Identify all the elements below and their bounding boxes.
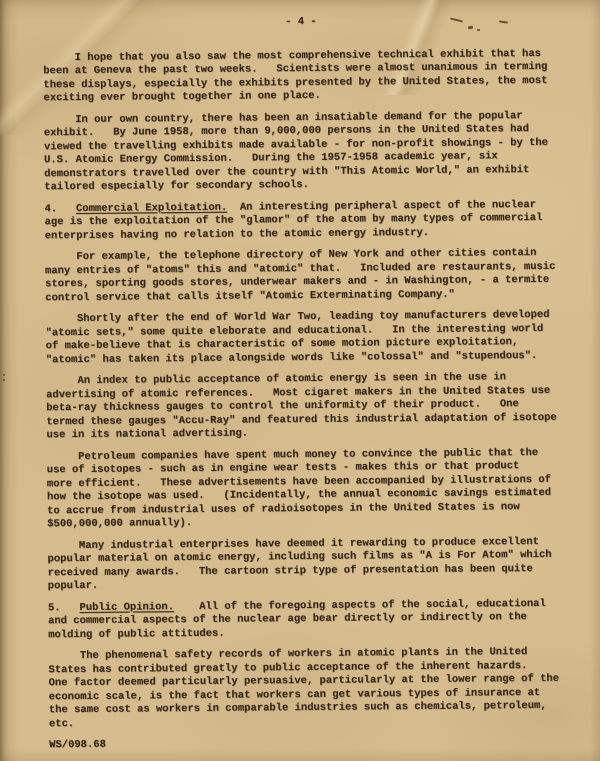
section-4-number: 4. [44, 202, 76, 214]
paragraph-advertising-index: An index to public acceptance of atomic … [46, 371, 563, 443]
paragraph-toy-manufacturers: Shortly after the end of World War Two, … [45, 309, 561, 368]
ink-speck [3, 374, 5, 376]
paragraph-petroleum-companies: Petroleum companies have spent much mone… [47, 446, 564, 531]
section-5-number: 5. [48, 601, 80, 613]
section-4-commercial-exploitation: 4. Commercial Exploitation. An interesti… [44, 198, 560, 243]
ink-speck [3, 379, 5, 381]
section-5-public-opinion: 5. Public Opinion. All of the foregoing … [48, 597, 564, 642]
paragraph-safety-records: The phenomenal safety records of workers… [48, 646, 565, 731]
paragraph-geneva-exhibit: I hope that you also saw the most compre… [43, 47, 559, 106]
typewritten-content: - 4 - I hope that you also saw the most … [43, 14, 565, 753]
document-page: - 4 - I hope that you also saw the most … [0, 0, 600, 761]
section-5-title: Public Opinion. [79, 601, 174, 614]
section-4-title: Commercial Exploitation. [76, 201, 227, 214]
paragraph-industrial-films: Many industrial enterprises have deemed … [47, 535, 563, 594]
paragraph-travelling-exhibits: In our own country, there has been an in… [44, 109, 561, 194]
paragraph-telephone-directory: For example, the telephone directory of … [45, 247, 561, 306]
